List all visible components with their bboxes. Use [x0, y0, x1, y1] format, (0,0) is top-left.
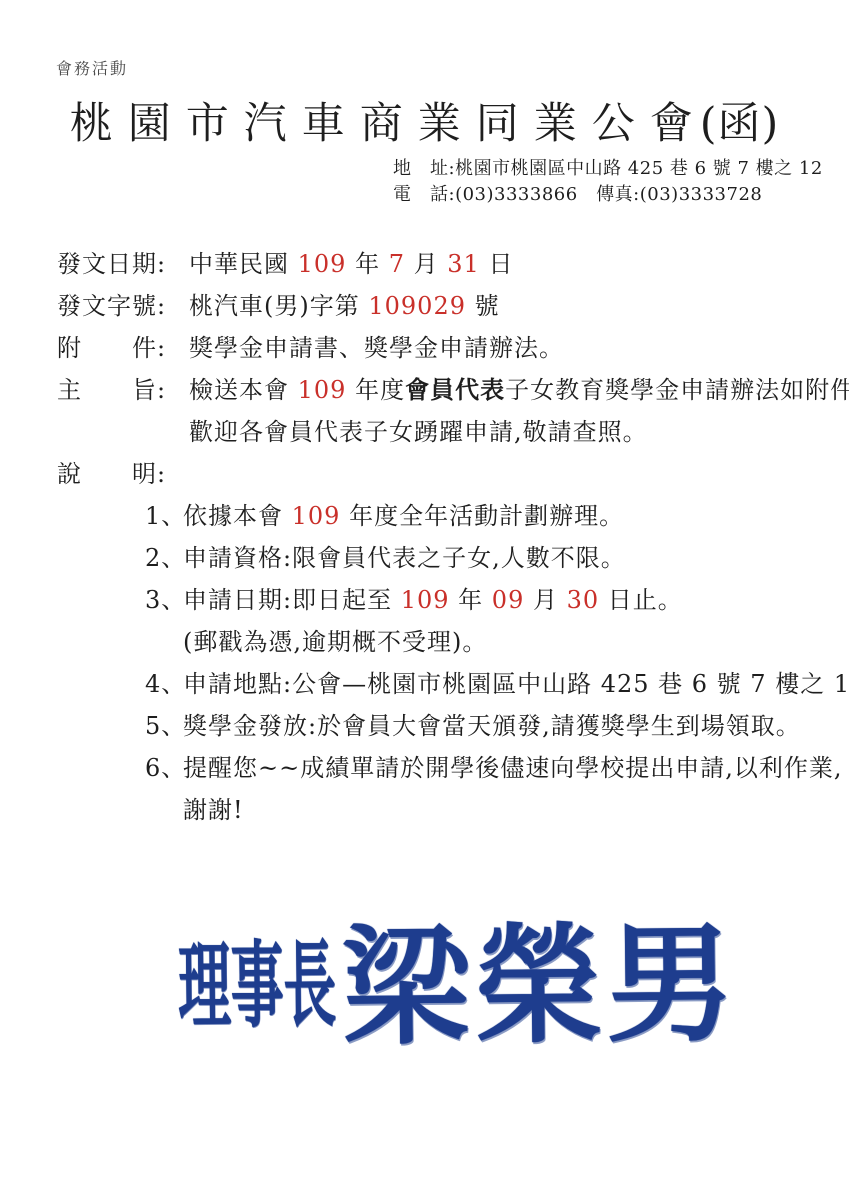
- list-item: (郵戳為憑,逾期概不受理)。: [183, 621, 829, 663]
- text-segment: 桃汽車(男)字第: [189, 292, 368, 320]
- text-segment: 子女教育獎學金申請辦法如附件,: [505, 376, 849, 404]
- highlighted-number: 30: [567, 586, 600, 614]
- item-number: 6、: [145, 747, 183, 789]
- field-continuation-line: 歡迎各會員代表子女踴躍申請,敬請查照。: [189, 411, 829, 453]
- text-segment: 中華民國: [189, 250, 298, 278]
- list-item: 謝謝!: [183, 789, 829, 831]
- text-segment: 申請資格:限會員代表之子女,人數不限。: [183, 544, 626, 572]
- highlighted-number: 109: [401, 586, 450, 614]
- list-item: 3、申請日期:即日起至 109 年 09 月 30 日止。: [145, 579, 829, 621]
- field-label: 主 旨:: [57, 369, 189, 411]
- text-segment: 依據本會: [183, 502, 292, 530]
- field-line: 發文字號:桃汽車(男)字第 109029 號: [57, 285, 829, 327]
- text-segment: 申請地點:公會—桃園市桃園區中山路 425 巷 6 號 7 樓之 12。: [183, 670, 849, 698]
- item-number: 3、: [145, 579, 183, 621]
- field-line: 說 明:: [57, 453, 829, 495]
- highlighted-number: 109029: [368, 292, 466, 320]
- text-segment: 謝謝!: [183, 796, 244, 824]
- text-segment: (郵戳為憑,逾期概不受理)。: [183, 628, 487, 656]
- field-label: 發文字號:: [57, 285, 189, 327]
- field-line: 附 件:獎學金申請書、獎學金申請辦法。: [57, 327, 829, 369]
- text-segment: 日: [480, 250, 514, 278]
- list-item: 6、提醒您~~成績單請於開學後儘速向學校提出申請,以利作業,: [145, 747, 829, 789]
- text-segment: 月: [405, 250, 447, 278]
- text-segment: 月: [524, 586, 566, 614]
- letter-body: 發文日期:中華民國 109 年 7 月 31 日 發文字號:桃汽車(男)字第 1…: [57, 243, 829, 831]
- stamp-signature-name: 梁榮男: [341, 881, 739, 1069]
- item-number: 4、: [145, 663, 183, 705]
- stamp-title-text: 理事長: [177, 909, 336, 1046]
- highlighted-number: 109: [292, 502, 341, 530]
- text-segment: 年: [346, 250, 388, 278]
- item-text: 申請地點:公會—桃園市桃園區中山路 425 巷 6 號 7 樓之 12。: [183, 670, 849, 698]
- field-label: 發文日期:: [57, 243, 189, 285]
- item-text: 申請資格:限會員代表之子女,人數不限。: [183, 544, 626, 572]
- field-content: 檢送本會 109 年度會員代表子女教育獎學金申請辦法如附件,: [189, 376, 849, 404]
- explanation-item-list: 1、依據本會 109 年度全年活動計劃辦理。 2、申請資格:限會員代表之子女,人…: [145, 495, 829, 831]
- text-segment: 提醒您~~成績單請於開學後儘速向學校提出申請,以利作業,: [183, 754, 842, 782]
- item-text: (郵戳為憑,逾期概不受理)。: [183, 628, 487, 656]
- chairman-ink-stamp: 理事長 梁榮男: [177, 885, 739, 1066]
- item-text: 謝謝!: [183, 796, 244, 824]
- highlighted-number: 109: [298, 376, 347, 404]
- field-content: 桃汽車(男)字第 109029 號: [189, 292, 500, 320]
- item-number: 1、: [145, 495, 183, 537]
- text-segment: 號: [466, 292, 500, 320]
- org-address-line: 地 址:桃園市桃園區中山路 425 巷 6 號 7 樓之 12: [393, 156, 823, 182]
- highlighted-number: 09: [492, 586, 525, 614]
- field-content: 中華民國 109 年 7 月 31 日: [189, 250, 513, 278]
- field-label: 說 明:: [57, 453, 189, 495]
- letter-header-fields: 發文日期:中華民國 109 年 7 月 31 日 發文字號:桃汽車(男)字第 1…: [57, 243, 829, 495]
- text-segment: 申請日期:即日起至: [183, 586, 401, 614]
- highlighted-number: 31: [447, 250, 480, 278]
- highlighted-number: 109: [298, 250, 347, 278]
- text-segment: 檢送本會: [189, 376, 298, 404]
- item-text: 獎學金發放:於會員大會當天頒發,請獲獎學生到場領取。: [183, 712, 801, 740]
- org-contact-block: 地 址:桃園市桃園區中山路 425 巷 6 號 7 樓之 12 電 話:(03)…: [393, 156, 823, 208]
- list-item: 5、獎學金發放:於會員大會當天頒發,請獲獎學生到場領取。: [145, 705, 829, 747]
- list-item: 4、申請地點:公會—桃園市桃園區中山路 425 巷 6 號 7 樓之 12。: [145, 663, 829, 705]
- item-text: 申請日期:即日起至 109 年 09 月 30 日止。: [183, 586, 683, 614]
- document-title: 桃園市汽車商業同業公會(函): [0, 90, 849, 151]
- list-item: 1、依據本會 109 年度全年活動計劃辦理。: [145, 495, 829, 537]
- field-label: 附 件:: [57, 327, 189, 369]
- text-segment: 歡迎各會員代表子女踴躍申請,敬請查照。: [189, 418, 648, 446]
- item-text: 依據本會 109 年度全年活動計劃辦理。: [183, 502, 624, 530]
- text-segment: 日止。: [599, 586, 683, 614]
- text-segment: 年度全年活動計劃辦理。: [340, 502, 624, 530]
- highlighted-number: 7: [389, 250, 405, 278]
- title-letter-type: (函): [700, 99, 780, 149]
- field-content: 獎學金申請書、獎學金申請辦法。: [189, 334, 564, 362]
- category-label: 會務活動: [56, 56, 128, 79]
- item-text: 提醒您~~成績單請於開學後儘速向學校提出申請,以利作業,: [183, 754, 842, 782]
- field-line: 主 旨:檢送本會 109 年度會員代表子女教育獎學金申請辦法如附件,: [57, 369, 829, 411]
- item-number: 2、: [145, 537, 183, 579]
- text-segment: 年: [450, 586, 492, 614]
- item-number: 5、: [145, 705, 183, 747]
- text-segment: 年度: [346, 376, 405, 404]
- scanned-letter-page: 會務活動 桃園市汽車商業同業公會(函) 地 址:桃園市桃園區中山路 425 巷 …: [0, 0, 849, 1200]
- text-segment: 獎學金發放:於會員大會當天頒發,請獲獎學生到場領取。: [183, 712, 801, 740]
- text-segment: 獎學金申請書、獎學金申請辦法。: [189, 334, 564, 362]
- field-line: 發文日期:中華民國 109 年 7 月 31 日: [57, 243, 829, 285]
- emphasized-text: 會員代表: [405, 375, 505, 404]
- list-item: 2、申請資格:限會員代表之子女,人數不限。: [145, 537, 829, 579]
- title-main-text: 桃園市汽車商業同業公會: [70, 99, 708, 149]
- org-phone-fax-line: 電 話:(03)3333866 傳真:(03)3333728: [393, 182, 823, 208]
